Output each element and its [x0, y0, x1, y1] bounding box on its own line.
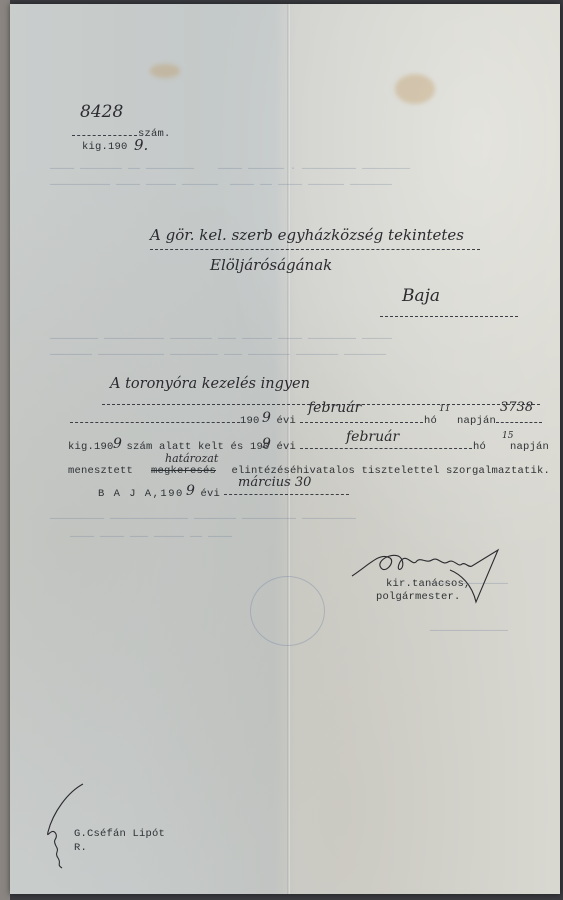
body-month-2: február	[346, 429, 399, 445]
body-day-1: 11	[439, 404, 450, 414]
footer-initial: R.	[74, 842, 87, 854]
stain	[395, 74, 435, 104]
paper-sheet: ———— ——————— —— ———————— ———— —————— · —…	[10, 4, 560, 894]
body-evi-2: évi	[270, 441, 296, 453]
place-date: B A J A,190	[98, 488, 184, 500]
addressee-city: Baja	[402, 286, 440, 306]
signatory-title-1: kir.tanácsos,	[386, 578, 471, 590]
place-date-evi: évi	[194, 488, 220, 500]
fill-line	[150, 249, 480, 250]
reference-year: kig.190	[82, 141, 128, 153]
fill-line	[300, 448, 472, 449]
initial-signature	[38, 782, 88, 872]
insert-correction: határozat	[165, 452, 218, 465]
bleed-through-text: —————————— ———— ————— —————— ———— —— ———…	[50, 180, 392, 191]
bleed-through-text: ————————— ————————————— ——————— ————————…	[50, 514, 356, 525]
stain	[480, 364, 520, 394]
fill-line	[380, 316, 518, 317]
reference-number: 8428	[80, 102, 123, 122]
body-evi: évi	[270, 415, 296, 427]
body-year: 190	[240, 415, 260, 427]
body-ref: kig.190	[68, 441, 114, 453]
addressee-line-1: A gör. kel. szerb egyházközség tekintete…	[150, 226, 464, 244]
bleed-through-text: ———————— —————————— ——————— ——— ————— ——…	[50, 334, 392, 345]
signatory-title-2: polgármester.	[376, 591, 461, 603]
fill-line	[70, 422, 240, 423]
bleed-through-text: ——————— ——————————— ———————— ——— ———————…	[50, 350, 386, 361]
footer-name: G.Cséfán Lipót	[74, 828, 165, 840]
fill-line	[72, 135, 137, 136]
fill-line	[496, 422, 542, 423]
fill-line	[224, 494, 349, 495]
body-struck-word: megkeresés	[151, 465, 216, 477]
fill-line	[300, 422, 423, 423]
place-date-handwritten: március 30	[238, 475, 311, 490]
body-number: 3738	[500, 400, 533, 415]
body-day-2: 15	[502, 431, 513, 441]
body-month-1: február	[308, 400, 361, 416]
bleed-through-text: —————————————	[430, 626, 508, 637]
bleed-through-text: ———— ———— ——— ————— —— ————	[70, 532, 232, 543]
body-napjan-2: napján	[510, 441, 549, 453]
faint-stamp	[250, 576, 325, 646]
document-photo: ———— ——————— —— ———————— ———— —————— · —…	[0, 0, 563, 900]
body-ho: hó	[424, 415, 437, 427]
body-ho-2: hó	[473, 441, 486, 453]
stain	[150, 64, 180, 78]
subject-line: A toronyóra kezelés ingyen	[110, 376, 310, 392]
page-edge	[0, 0, 10, 900]
body-menesztett: menesztett	[68, 465, 140, 477]
bleed-through-text: ———— ——————— —— ———————— ———— —————— · —…	[50, 164, 410, 175]
reference-year-digit: 9.	[134, 136, 148, 154]
body-napjan: napján	[457, 415, 496, 427]
addressee-line-2: Elöljáróságának	[210, 256, 332, 274]
